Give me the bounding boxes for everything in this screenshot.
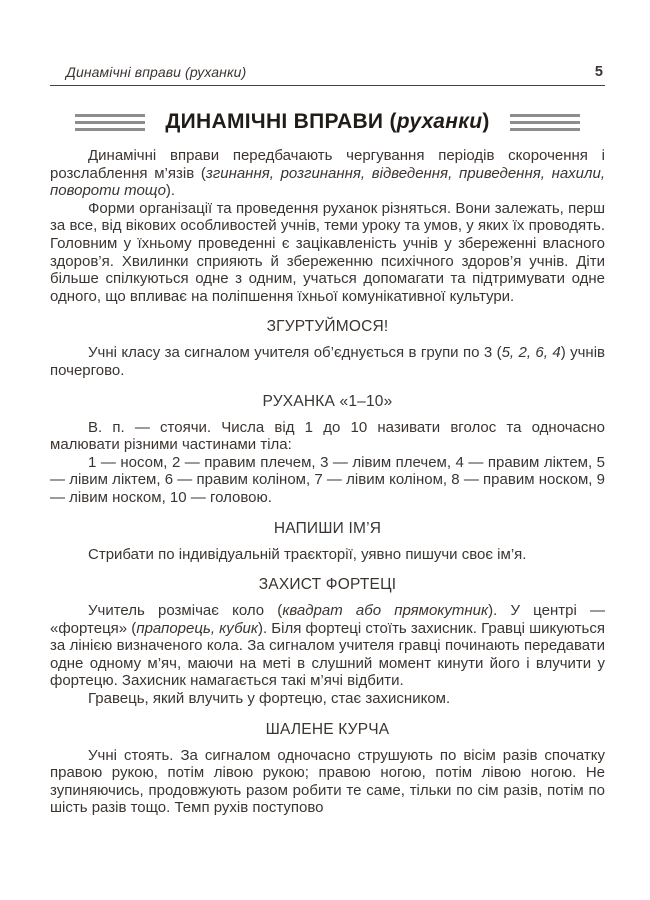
italic-text-run: 5, 2, 6, 4 [502, 344, 561, 361]
text-run: Учитель розмічає коло ( [88, 602, 282, 619]
page-number: 5 [595, 64, 603, 80]
italic-text-run: руханки [397, 110, 483, 133]
paragraph: Динамічні вправи передбачають чергування… [50, 147, 605, 200]
book-page: Динамічні вправи (руханки) 5 ДИНАМІЧНІ В… [0, 0, 650, 900]
ornament-bar [510, 114, 580, 117]
text-run: В. п. — стоячи. Числа від 1 до 10 назива… [50, 419, 605, 454]
running-head-title: Динамічні вправи (руханки) [66, 64, 246, 80]
text-run: 1 — носом, 2 — правим плечем, 3 — лівим … [50, 454, 605, 506]
ornament-bar [75, 121, 145, 124]
italic-text-run: прапорець, кубик [136, 620, 258, 637]
section-heading: ЗАХИСТ ФОРТЕЦІ [50, 576, 605, 594]
chapter-title: ДИНАМІЧНІ ВПРАВИ (руханки) [165, 110, 489, 134]
title-ornament-left-icon [75, 114, 145, 131]
chapter-title-row: ДИНАМІЧНІ ВПРАВИ (руханки) [50, 110, 605, 134]
section-heading: НАПИШИ ІМ’Я [50, 520, 605, 538]
paragraph: В. п. — стоячи. Числа від 1 до 10 назива… [50, 419, 605, 454]
section-heading: РУХАНКА «1–10» [50, 393, 605, 411]
paragraph: Учні стоять. За сигналом одночасно струш… [50, 747, 605, 817]
paragraph: 1 — носом, 2 — правим плечем, 3 — лівим … [50, 454, 605, 507]
text-run: Форми організації та проведення руханок … [50, 200, 605, 305]
ornament-bar [75, 114, 145, 117]
section-heading: ШАЛЕНЕ КУРЧА [50, 721, 605, 739]
text-run: Гравець, який влучить у фортецю, стає за… [88, 690, 450, 707]
text-run: Стрибати по індивідуальній траєкторії, у… [88, 546, 526, 563]
ornament-bar [510, 128, 580, 131]
text-run: Учні стоять. За сигналом одночасно струш… [50, 747, 605, 817]
text-run: Учні класу за сигналом учителя об’єднуєт… [88, 344, 502, 361]
text-run: ) [482, 110, 489, 133]
italic-text-run: квадрат або прямокутник [282, 602, 488, 619]
paragraph: Стрибати по індивідуальній траєкторії, у… [50, 546, 605, 564]
paragraph: Учитель розмічає коло (квадрат або прямо… [50, 602, 605, 690]
title-ornament-right-icon [510, 114, 580, 131]
running-head: Динамічні вправи (руханки) 5 [50, 64, 605, 86]
ornament-bar [75, 128, 145, 131]
ornament-bar [510, 121, 580, 124]
paragraph: Форми організації та проведення руханок … [50, 200, 605, 306]
text-run: ). [166, 182, 175, 199]
text-run: ДИНАМІЧНІ ВПРАВИ ( [165, 110, 396, 133]
paragraph: Учні класу за сигналом учителя об’єднуєт… [50, 344, 605, 379]
paragraph: Гравець, який влучить у фортецю, стає за… [50, 690, 605, 708]
page-content: Динамічні вправи передбачають чергування… [50, 147, 605, 817]
section-heading: ЗГУРТУЙМОСЯ! [50, 318, 605, 336]
